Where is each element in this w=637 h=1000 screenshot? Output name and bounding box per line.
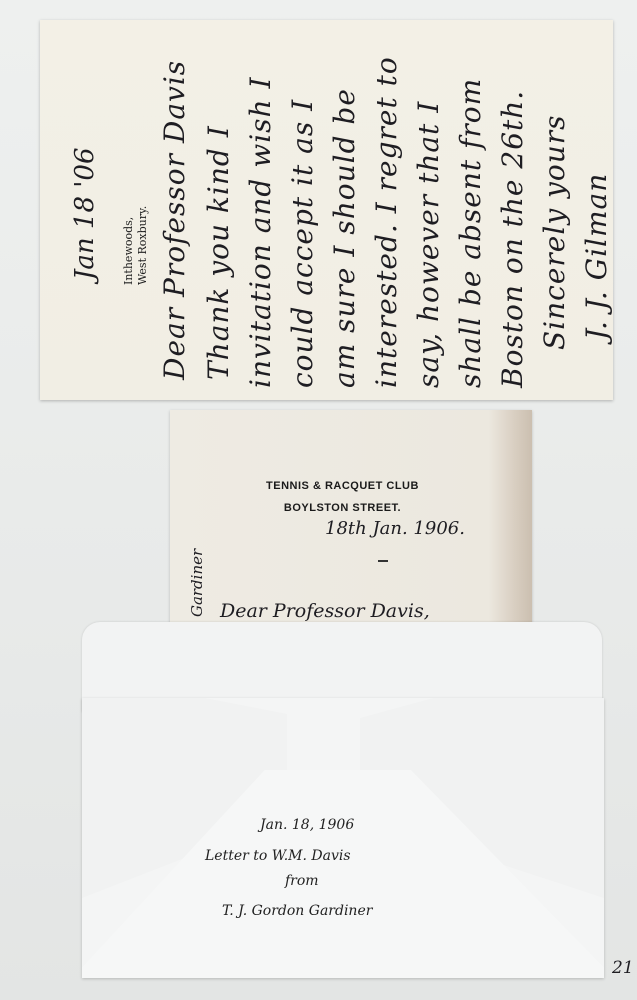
club-letterhead-name: TENNIS & RACQUET CLUB [170, 480, 515, 492]
album-page: Jan 18 '06 Inthewoods, West Roxbury. Dea… [0, 0, 637, 1000]
letter1-line: Boston on the 26th. [496, 90, 529, 388]
letter1-line: could accept it as I [286, 99, 319, 388]
letter1-closing: Sincerely yours [538, 114, 571, 350]
club-letterhead-street: BOYLSTON STREET. [170, 502, 515, 514]
letter1-letterhead: Inthewoods, West Roxbury. [122, 206, 150, 285]
letterhead-line1: Inthewoods, [122, 206, 136, 285]
letter1-line: say, however that I [412, 101, 445, 388]
letter1-line: am sure I should be [328, 88, 361, 388]
letterhead-line2: West Roxbury. [136, 206, 150, 285]
envelope-date: Jan. 18, 1906 [260, 817, 354, 833]
letter1-line: interested. I regret to [370, 56, 403, 388]
letter1-line: shall be absent from [454, 78, 487, 388]
letter-gilman: Jan 18 '06 Inthewoods, West Roxbury. Dea… [40, 20, 613, 400]
letter1-date: Jan 18 '06 [70, 147, 100, 280]
letter1-line: invitation and wish I [244, 76, 277, 388]
letter1-signature: J. J. Gilman [580, 173, 613, 340]
letter2-date: 18th Jan. 1906. [325, 518, 465, 539]
envelope-recipient: Letter to W.M. Davis [205, 848, 351, 864]
letter2-greeting: Dear Professor Davis, [220, 600, 430, 622]
envelope-sender: T. J. Gordon Gardiner [222, 903, 372, 919]
letter1-line: Dear Professor Davis [158, 60, 191, 380]
envelope-from: from [285, 873, 319, 889]
date-underline [378, 560, 388, 562]
page-number: 21 [612, 958, 634, 978]
letter1-line: Thank you kind I [202, 125, 235, 380]
